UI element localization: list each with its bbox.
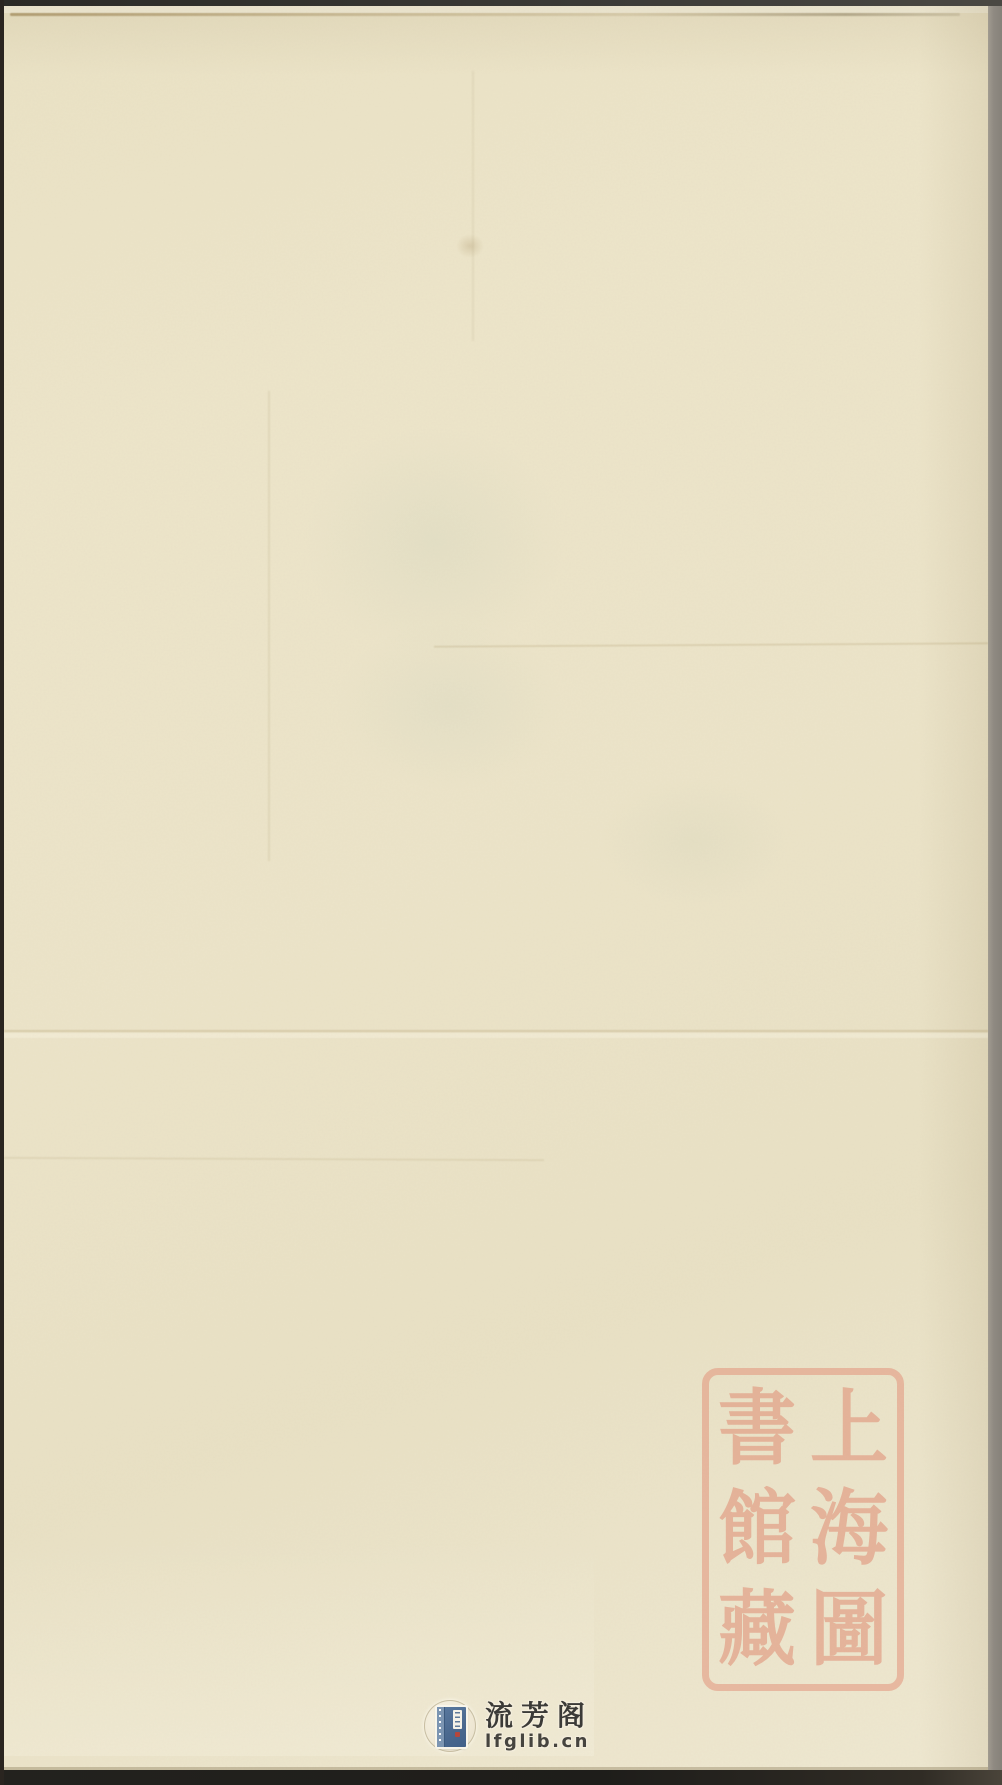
thread-bound-book-icon: [437, 1707, 466, 1747]
paper-smudge: [334, 621, 564, 791]
paper-crease-lower: [4, 1030, 988, 1032]
paper-crease-middle: [434, 642, 988, 647]
seal-character: 館: [718, 1478, 796, 1581]
paper-crease-lower-highlight: [4, 1033, 988, 1038]
scanned-page-screenshot: 書 館 藏 上 海 圖 流: [0, 0, 1002, 1785]
seal-column-right: 上 海 圖: [803, 1379, 895, 1680]
watermark-site-url: lfglib.cn: [485, 1732, 593, 1752]
scanner-edge-left: [0, 0, 4, 1785]
book-stitching-dots: [439, 1709, 441, 1745]
seal-character: 藏: [718, 1578, 796, 1681]
scanner-edge-right: [986, 0, 1002, 1785]
watermark-badge: [424, 1700, 476, 1752]
paper-shading-top: [4, 6, 988, 76]
scanner-edge-bottom: [0, 1770, 1002, 1785]
watermark-text-block: 流芳阁 lfglib.cn: [485, 1701, 593, 1752]
paper-shading-right: [918, 6, 988, 1770]
paper-fold-vertical-top: [472, 71, 474, 341]
seal-character: 上: [810, 1378, 888, 1481]
seal-character: 圖: [810, 1578, 888, 1681]
book-red-seal-dot: [455, 1732, 460, 1737]
paper-smudge: [304, 426, 564, 656]
paper-crease-lower-left: [4, 1157, 544, 1161]
paper-smudge: [599, 776, 789, 906]
site-watermark: 流芳阁 lfglib.cn: [424, 1700, 593, 1752]
paper-page: 書 館 藏 上 海 圖 流: [4, 6, 988, 1770]
seal-column-left: 書 館 藏: [711, 1379, 803, 1680]
seal-character: 書: [718, 1378, 796, 1481]
library-seal-stamp: 書 館 藏 上 海 圖: [702, 1368, 904, 1691]
book-title-label-text: [455, 1712, 460, 1727]
watermark-site-name: 流芳阁: [485, 1701, 593, 1731]
seal-character: 海: [810, 1478, 888, 1581]
paper-fold-vertical: [268, 391, 270, 861]
scanner-edge-top: [0, 0, 1002, 6]
paper-stain-spot: [456, 234, 484, 258]
book-title-label: [453, 1710, 462, 1729]
